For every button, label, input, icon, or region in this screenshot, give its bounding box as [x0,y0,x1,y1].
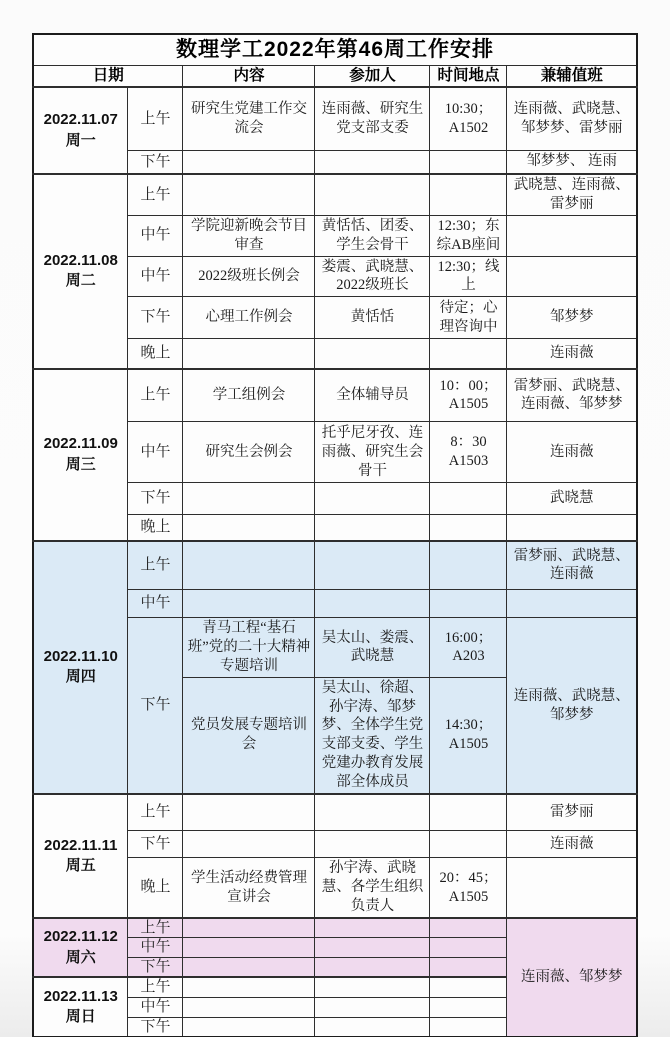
time-location-cell: 14:30；A1505 [430,677,507,794]
date-cell: 2022.11.07周一 [33,87,128,174]
content-cell [183,997,315,1017]
header-row: 日期 内容 参加人 时间地点 兼辅值班 [33,66,637,88]
content-cell: 心理工作例会 [183,297,315,339]
time-location-cell [430,150,507,174]
table-row: 2022.11.08周二上午武晓慧、连雨薇、雷梦丽 [33,174,637,215]
time-location-cell [430,483,507,515]
duty-cell [507,515,637,541]
participants-cell: 黄恬恬、团委、学生会骨干 [315,215,430,256]
participants-cell: 孙宇涛、武晓慧、各学生组织负责人 [315,858,430,918]
header-participants: 参加人 [315,66,430,88]
schedule-table: 数理学工2022年第46周工作安排 日期 内容 参加人 时间地点 兼辅值班 20… [32,33,638,1037]
period-cell: 下午 [128,297,183,339]
time-location-cell [430,541,507,590]
content-cell [183,590,315,618]
participants-cell [315,150,430,174]
table-row: 2022.11.09周三上午学工组例会全体辅导员10：00；A1505雷梦丽、武… [33,369,637,422]
weekday-text: 周四 [37,667,125,687]
period-cell: 下午 [128,1017,183,1037]
content-cell: 学院迎新晚会节目审查 [183,215,315,256]
period-cell: 中午 [128,422,183,483]
participants-cell [315,918,430,938]
header-duty: 兼辅值班 [507,66,637,88]
period-cell: 下午 [128,957,183,977]
date-cell: 2022.11.11周五 [33,794,128,918]
time-location-cell [430,997,507,1017]
time-location-cell: 20：45；A1505 [430,858,507,918]
date-text: 2022.11.12 [37,927,125,947]
content-cell [183,831,315,858]
date-text: 2022.11.11 [37,836,125,856]
date-text: 2022.11.08 [37,251,125,271]
content-cell: 学生活动经费管理宣讲会 [183,858,315,918]
period-cell: 上午 [128,369,183,422]
weekday-text: 周一 [37,131,125,151]
participants-cell [315,977,430,997]
time-location-cell [430,590,507,618]
time-location-cell [430,339,507,369]
date-text: 2022.11.10 [37,647,125,667]
participants-cell [315,339,430,369]
duty-cell [507,590,637,618]
period-cell: 晚上 [128,339,183,369]
period-cell: 中午 [128,938,183,958]
content-cell [183,1017,315,1037]
content-cell: 研究生党建工作交流会 [183,87,315,150]
participants-cell [315,938,430,958]
content-cell: 2022级班长例会 [183,256,315,297]
content-cell [183,938,315,958]
content-cell [183,174,315,215]
period-cell: 上午 [128,977,183,997]
period-cell: 上午 [128,87,183,150]
header-content: 内容 [183,66,315,88]
date-cell: 2022.11.13周日 [33,977,128,1037]
participants-cell [315,515,430,541]
duty-cell: 武晓慧 [507,483,637,515]
participants-cell [315,483,430,515]
participants-cell [315,541,430,590]
duty-cell: 雷梦丽、武晓慧、连雨薇 [507,541,637,590]
time-location-cell [430,938,507,958]
title-row: 数理学工2022年第46周工作安排 [33,34,637,66]
time-location-cell [430,977,507,997]
period-cell: 中午 [128,215,183,256]
time-location-cell [430,515,507,541]
date-cell: 2022.11.12周六 [33,918,128,978]
content-cell [183,339,315,369]
duty-cell [507,858,637,918]
participants-cell [315,957,430,977]
duty-cell: 连雨薇 [507,339,637,369]
participants-cell [315,831,430,858]
time-location-cell [430,957,507,977]
content-cell: 学工组例会 [183,369,315,422]
weekday-text: 周二 [37,271,125,291]
duty-cell: 连雨薇 [507,831,637,858]
duty-cell [507,215,637,256]
duty-cell [507,256,637,297]
participants-cell [315,1017,430,1037]
duty-cell: 雷梦丽 [507,794,637,831]
period-cell: 上午 [128,918,183,938]
period-cell: 下午 [128,831,183,858]
weekday-text: 周日 [37,1007,125,1027]
content-cell [183,150,315,174]
participants-cell: 吴太山、娄震、武晓慧 [315,618,430,678]
participants-cell: 娄震、武晓慧、2022级班长 [315,256,430,297]
time-location-cell [430,1017,507,1037]
period-cell: 下午 [128,150,183,174]
period-cell: 上午 [128,541,183,590]
header-time-location: 时间地点 [430,66,507,88]
duty-cell: 邹梦梦、 连雨 [507,150,637,174]
date-cell: 2022.11.08周二 [33,174,128,369]
time-location-cell: 12:30；东综AB座间 [430,215,507,256]
participants-cell: 连雨薇、研究生党支部支委 [315,87,430,150]
content-cell [183,541,315,590]
table-row: 2022.11.07周一上午研究生党建工作交流会连雨薇、研究生党支部支委10:3… [33,87,637,150]
time-location-cell: 8：30 A1503 [430,422,507,483]
date-text: 2022.11.07 [37,110,125,130]
time-location-cell: 10:30；A1502 [430,87,507,150]
content-cell [183,483,315,515]
duty-cell: 武晓慧、连雨薇、雷梦丽 [507,174,637,215]
period-cell: 中午 [128,997,183,1017]
period-cell: 晚上 [128,515,183,541]
content-cell [183,957,315,977]
schedule-table-body: 2022.11.07周一上午研究生党建工作交流会连雨薇、研究生党支部支委10:3… [33,87,637,1037]
content-cell [183,515,315,541]
content-cell [183,794,315,831]
participants-cell: 吴太山、徐超、孙宇涛、邹梦梦、全体学生党支部支委、学生党建办教育发展部全体成员 [315,677,430,794]
table-row: 2022.11.10周四上午雷梦丽、武晓慧、连雨薇 [33,541,637,590]
date-text: 2022.11.09 [37,434,125,454]
time-location-cell [430,174,507,215]
duty-cell: 连雨薇 [507,422,637,483]
weekday-text: 周六 [37,948,125,968]
time-location-cell: 12:30；线上 [430,256,507,297]
date-text: 2022.11.13 [37,987,125,1007]
time-location-cell: 10：00；A1505 [430,369,507,422]
period-cell: 晚上 [128,858,183,918]
duty-cell: 连雨薇、武晓慧、邹梦梦、雷梦丽 [507,87,637,150]
content-cell [183,977,315,997]
time-location-cell: 待定；心理咨询中 [430,297,507,339]
table-row: 2022.11.11周五上午雷梦丽 [33,794,637,831]
duty-cell: 雷梦丽、武晓慧、连雨薇、邹梦梦 [507,369,637,422]
participants-cell: 黄恬恬 [315,297,430,339]
header-date: 日期 [33,66,183,88]
time-location-cell: 16:00；A203 [430,618,507,678]
duty-cell: 邹梦梦 [507,297,637,339]
period-cell: 上午 [128,794,183,831]
participants-cell: 托乎尼牙孜、连雨薇、研究生会骨干 [315,422,430,483]
time-location-cell [430,918,507,938]
participants-cell: 全体辅导员 [315,369,430,422]
time-location-cell [430,831,507,858]
content-cell: 研究生会例会 [183,422,315,483]
date-cell: 2022.11.10周四 [33,541,128,794]
participants-cell [315,997,430,1017]
period-cell: 中午 [128,256,183,297]
participants-cell [315,174,430,215]
duty-cell: 连雨薇、武晓慧、邹梦梦 [507,618,637,794]
weekday-text: 周三 [37,455,125,475]
participants-cell [315,590,430,618]
time-location-cell [430,794,507,831]
table-row: 2022.11.12周六上午连雨薇、邹梦梦 [33,918,637,938]
date-cell: 2022.11.09周三 [33,369,128,541]
period-cell: 中午 [128,590,183,618]
content-cell [183,918,315,938]
participants-cell [315,794,430,831]
content-cell: 青马工程“基石班”党的二十大精神专题培训 [183,618,315,678]
period-cell: 下午 [128,483,183,515]
period-cell: 下午 [128,618,183,794]
page-title: 数理学工2022年第46周工作安排 [33,34,637,66]
schedule-header: 数理学工2022年第46周工作安排 日期 内容 参加人 时间地点 兼辅值班 [33,34,637,87]
content-cell: 党员发展专题培训会 [183,677,315,794]
weekday-text: 周五 [37,856,125,876]
duty-cell: 连雨薇、邹梦梦 [507,918,637,1037]
period-cell: 上午 [128,174,183,215]
